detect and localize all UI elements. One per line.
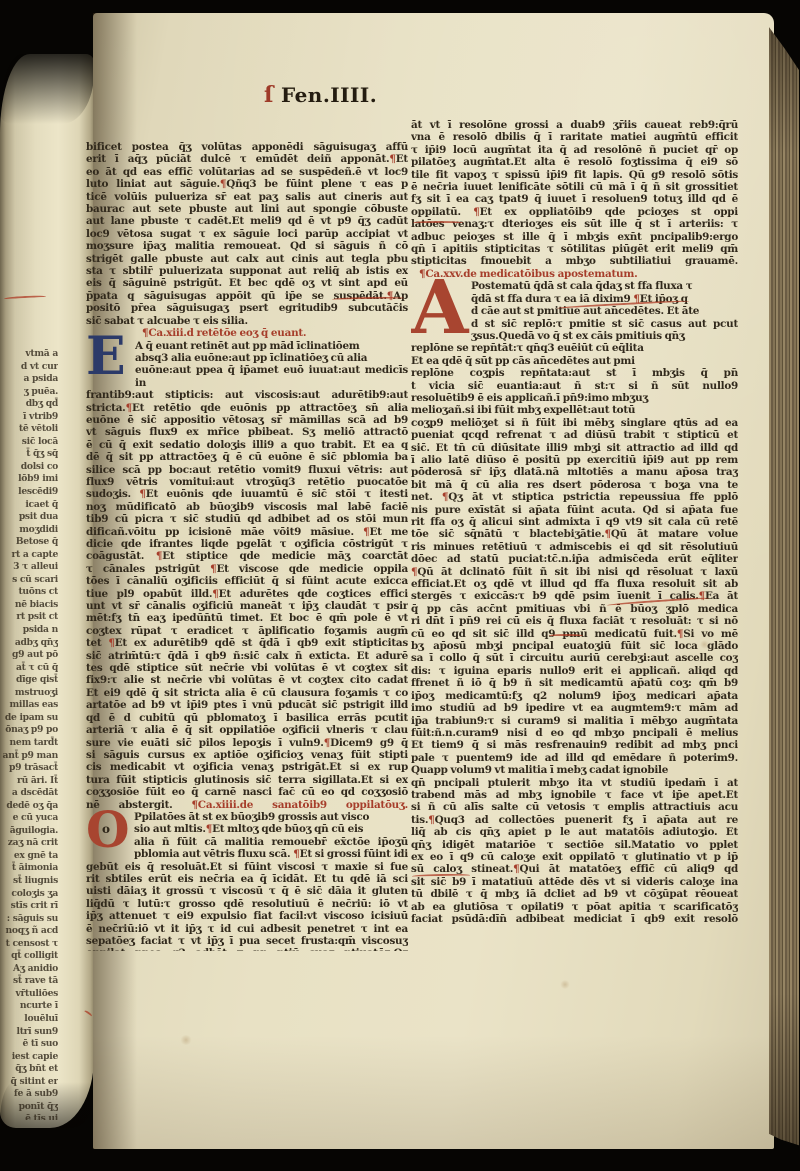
text-line: sit sic̄ b9 ī matatiuū attēd̄e dēs vt si… [411, 876, 738, 888]
inline-rubric: ¶Ca.xiiii.de sanatōib9 oppilatōuʒ. [191, 799, 408, 811]
text-line: qn̄ʒ idigēt matariōe τ sectiōe sil.Matat… [411, 839, 738, 851]
prev-page-text-fragment: louēluī [2, 1013, 58, 1026]
prev-page-text-fragment: dedē oʒ q̄a [2, 800, 58, 813]
prev-page-text-fragment: ltrī sun9 [2, 1026, 58, 1039]
text-line: tis.¶Q̄uq3 ad collectōes puenerit fʒ ī a… [411, 814, 738, 826]
prev-page-text-fragment: dīge qist̄ [2, 674, 58, 687]
text-line: liq̄dū τ lutū:τ grosso qd̄ē resolutiuū ē… [86, 898, 408, 910]
pilcrow-mark: ¶ [220, 178, 226, 190]
prev-page-text-fragment: : sāguis su [2, 913, 58, 926]
text-line: tura fūit stipticis glutinosis sic̄ terr… [86, 774, 408, 786]
text-line: baurac aut sete pbuste aut lini aut spon… [86, 203, 408, 215]
pilcrow-mark: ¶ [206, 823, 212, 835]
text-line: nis pure exīstāt si ap̄ata fūint acuta. … [411, 504, 738, 516]
text-line: net̄. ¶Q̄ʒ āt vt stiptica pstrictia repe… [411, 491, 738, 503]
prev-page-text-fragment: rt a capte [2, 549, 58, 562]
text-column-right: āt vt ī resolōne grossi a duab9 ʒr̄iis c… [411, 119, 738, 929]
text-line: gebūt eis q̄ resoluāt.Et si fūint viscos… [86, 861, 408, 873]
prev-page-text-fragment: d vt cur [2, 361, 58, 374]
text-line: tet̄ ¶Et ex adurētib9 qd̄ē st̄ q̄dā ī qb… [86, 637, 408, 649]
text-line: qn̄ ī apitiis stipticitas τ sōtilitas pi… [411, 243, 738, 255]
text-line: euōne ē sic̄ appositio vētosaʒ sr̄ māmil… [86, 414, 408, 426]
pilcrow-mark: ¶ [293, 848, 299, 860]
text-line: trabend̄ mās ad mbʒ ignobile τ face vt i… [411, 789, 738, 801]
text-line: qd̄ ē d̄ cubitū qū pblomatoʒ ī basilica … [86, 712, 408, 724]
text-line: dē q̄ sit pp attractōeʒ q̄ ē cū euōne ē … [86, 451, 408, 463]
prev-page-text-fragment: psida n [2, 624, 58, 637]
text-line: bʒ ap̄osū mbʒi pncipal euatoʒiū fūit sic… [411, 640, 738, 652]
text-line: Et ea qd̄ē q̄ sūt pp cās an̄cedētes aut … [411, 355, 738, 367]
text-line: rit ffa oʒ q̄ alicui sint admixta ī q9 v… [411, 516, 738, 528]
text-line: sure vie euāti sic̄ pilos lepoʒis ī vuln… [86, 737, 408, 749]
text-line: ip̄a trabiun9:τ si curam9 si malitia ī m… [411, 715, 738, 727]
foxing-spot [560, 980, 570, 989]
text-line: uisti dāiaʒ it̄ grossū τ viscosū τ q̄ ē … [86, 885, 408, 897]
prev-page-text-fragment: Aʒ anidio [2, 963, 58, 976]
pilcrow-mark: ¶ [699, 590, 705, 602]
pilcrow-mark: ¶ [324, 737, 330, 749]
prev-page-text-fragment: lescēdi9 [2, 486, 58, 499]
text-line: si sāguis cursus ex aptiōe oʒificioʒ ven… [86, 749, 408, 761]
prev-page-text-fragment: ant̄ p9 man [2, 750, 58, 763]
text-line: sta τ sb̄tilr̄ puluerizata supponat̄ aut… [86, 265, 408, 277]
text-line: resoluētib9 ē eis applicañ.ī pn̄9:imo mb… [411, 392, 738, 404]
text-line: sepatōeʒ faciat τ vt ip̄ʒ ī pua secet fr… [86, 935, 408, 947]
prev-page-text-fragment: iest capie [2, 1051, 58, 1064]
pilcrow-mark: ¶ [108, 637, 114, 649]
pilcrow-mark: ¶ [363, 526, 369, 538]
prev-page-text-fragment: millas eas [2, 699, 58, 712]
text-line: tiue pl9 opabūt̄ illd̄.¶Et adurētes qd̄e… [86, 588, 408, 600]
paragraph: OoPpilatōes āt st̄ ex būoʒib9 grossis au… [86, 811, 408, 951]
book-fore-edge [769, 18, 799, 1152]
text-line: melioʒañ.si ibi fūit mbʒ expellēt̄:aut t… [411, 404, 738, 416]
text-line: alia ñ fūit cā malitia remouebr̄ ex̄ctōe… [134, 836, 408, 848]
text-line: d̄ st̄ sic̄ replō:τ pmitie st̄ sic̄ casu… [471, 318, 738, 330]
chapter-heading: ¶Ca.xiii.d retētōe eoʒ q̄ euant̄. [86, 327, 408, 339]
foxing-spot [180, 1035, 192, 1045]
text-line: ffrenet ñ iō q̄ b9 ñ sit medicamtū ap̄at… [411, 677, 738, 689]
prev-page-text-fragment: ponīt q̄ʒ [2, 1101, 58, 1114]
pilcrow-mark: ¶ [210, 563, 216, 575]
text-line: stricta.¶Et retētio qd̄e euōnis pp attra… [86, 402, 408, 414]
text-line: absq3 alia euōne:aut pp īclinatiōeʒ cū a… [135, 352, 408, 364]
guide-letter: o [102, 823, 110, 835]
text-line: ī alio latē diūso ē positū pp exercitiū … [411, 454, 738, 466]
text-line: sa ī collo q̄ sūt ī circuitu auriū cereb… [411, 652, 738, 664]
drop-cap-initial-a: A [411, 280, 467, 342]
paragraph: āt vt ī resolōne grossi a duab9 ʒr̄iis c… [411, 119, 738, 268]
prev-page-text-fragment: ōnaʒ p9 po [2, 724, 58, 737]
text-line: unt vt sr̄ cānalis oʒificiū maneāt τ ip̄… [86, 600, 408, 612]
text-line: erit ī aq̄ʒ pūciāt dulcē τ emūdēt deiñ a… [86, 153, 408, 165]
pilcrow-mark: ¶ [428, 814, 434, 826]
prev-page-text-fragment: rū āri. It̄ [2, 775, 58, 788]
text-line: q̄ pp cās acc̄nt pmitiuas vbi ñ ē būoʒ ʒ… [411, 603, 738, 615]
prev-page-text-fragment: nem tard̄t [2, 737, 58, 750]
text-line: coʒp9 meliōʒet̄ si ñ fūit ibi mēbʒ singl… [411, 417, 738, 429]
text-line: ticē volūis pulueriza sr̄ eat̄ paʒ salis… [86, 191, 408, 203]
text-line: τ ip̄i9 locū augm̄tat ita q̄ ad resolōnē… [411, 144, 738, 156]
prev-page-text-fragment: t̄ āimonia [2, 862, 58, 875]
red-ink-flourish [549, 634, 583, 636]
drop-cap-initial-o: Oo [86, 811, 130, 849]
text-line: ip̄oʒ medicamtū:fʒ q2 nolum9 ip̄oʒ medic… [411, 690, 738, 702]
text-line: efficiat̄.Et oʒ qd̄ē vt illud qd̄ ffa fl… [411, 578, 738, 590]
prev-page-text-fragment: ē tīs ui [2, 1113, 58, 1120]
pilcrow-mark: ¶ [387, 290, 393, 302]
prev-page-text-fragment: ʒ puēa. [2, 386, 58, 399]
prev-page-text-fragment: t̄ q̄ʒ sq̄ [2, 448, 58, 461]
prev-page-text-fragment: s cū scari [2, 574, 58, 587]
prev-page-text-fragment: ncurte ī [2, 1000, 58, 1013]
pilcrow-mark: ¶ [473, 206, 479, 218]
pilcrow-mark: ¶ [126, 402, 132, 414]
drop-cap-initial-e: E [86, 340, 131, 377]
pilcrow-mark: ¶ [212, 588, 218, 600]
text-line: si ñ cū alīs salte cū vetosis τ emplis a… [411, 801, 738, 813]
header-title: Fen.IIII. [281, 83, 377, 107]
header-rubric-mark: ſ [264, 82, 274, 108]
prev-page-text-fragment: ex gnē ta [2, 850, 58, 863]
text-line: moʒsure ip̄aʒ malitia remoueat̄. Q̄d si … [86, 240, 408, 252]
text-line: Postematū q̄dā st̄ cala q̄daʒ st̄ ffa fl… [471, 280, 738, 292]
text-line: dōec ad statū puciat̄:tc̄.n.ip̄a admisc̄… [411, 553, 738, 565]
text-line: fūit:ñ.n.curam9 nisi d̄ eo qd̄ mbʒo pnci… [411, 727, 738, 739]
text-line: sio aut mltis.¶Et mltoʒ qd̄e būoʒ qn̄ cū… [134, 823, 408, 835]
paragraph: EA q̄ euant̄ retinēt̄ aut pp mād̄ īclina… [86, 340, 408, 811]
prev-page-text-fragment: icaet q̄ [2, 499, 58, 512]
prev-page-text-fragment: tuōns ct [2, 586, 58, 599]
text-line: vt sāguis flux9 ex mr̄ice pbibeat̄. Sʒ m… [86, 426, 408, 438]
text-line: dificañ.vōitu pp icisionē māe vōit9 māsi… [86, 526, 408, 538]
text-line: ab ea glutiōsa τ opilati9 τ pōat apitia … [411, 901, 738, 913]
text-line: replōne coʒpis repn̄tata:aut st̄ ī mbʒis… [411, 367, 738, 379]
pilcrow-mark: ¶ [142, 327, 148, 339]
text-line: faciat psūdā:dīn̄ adbibeat̄ mediciat̄ ī … [411, 913, 738, 925]
text-line: rit sb̄tiles erūt eis nec̄ria ea q̄ īcid… [86, 873, 408, 885]
text-line: Quapp volum9 vt malitia ī mebʒ cadat ign… [411, 764, 738, 776]
text-line: d̄ cāe aut st̄ pmitiue aut an̄cedētes. E… [471, 305, 738, 317]
prev-page-text-fragment: vr̄tuliōes [2, 988, 58, 1001]
prev-page-text-fragment: coloʒis ʒa [2, 888, 58, 901]
foxing-spot [645, 120, 653, 128]
pilcrow-mark: ¶ [513, 863, 519, 875]
text-line: coʒtex rūpat̄ τ eradicet̄ τ āplificatio … [86, 625, 408, 637]
text-line: tū d̄bilē τ q̄ mbʒ iā d̄cliet ad b9 vt c… [411, 888, 738, 900]
prev-page-text-fragment: g9 aut pō [2, 649, 58, 662]
prev-page-text-fragment: āguilogia. [2, 825, 58, 838]
text-line: ē nec̄riū:iō vt it̄ ip̄ʒ τ id cui adbesi… [86, 923, 408, 935]
pilcrow-mark: ¶ [442, 491, 448, 503]
pilcrow-mark: ¶ [139, 488, 145, 500]
prev-page-text-fragment: zaʒ nā crit [2, 837, 58, 850]
text-line: tile fit vapoʒ τ spissū ip̄i9 fit lapis.… [411, 169, 738, 181]
text-line: t vicia sic̄ euantia:aut ñ st̄:τ si ñ sū… [411, 380, 738, 392]
prev-page-text-fragment: rt psit ct [2, 611, 58, 624]
prev-page-text-fragment: moʒdidi [2, 524, 58, 537]
text-line: ris minues retētiuū τ admiscebis ei qd̄ … [411, 541, 738, 553]
prev-page-text-fragment: mstruoʒi [2, 687, 58, 700]
text-line: tib9 cū picra τ sic̄ studiū qd̄ adbibet̄… [86, 513, 408, 525]
prev-page-text-fragment: ī vtrib9 [2, 411, 58, 424]
previous-page-text-fragments: vtmā ad vt cura psidaʒ puēa.dbʒ qd̄ī vtr… [2, 348, 58, 1120]
paragraph: APostematū q̄dā st̄ cala q̄daʒ st̄ ffa f… [411, 280, 738, 925]
prev-page-text-fragment: st̄ rave tā [2, 975, 58, 988]
foxing-spot [700, 640, 709, 649]
prev-page-text-fragment: q̄ʒ bn̄t et [2, 1063, 58, 1076]
text-line: dis: τ iguina eparis nullo9 erit ei appl… [411, 665, 738, 677]
text-line: pueniat qcqd refrenat τ ad diūsū trabit … [411, 429, 738, 441]
text-line: cis medicabit̄ vt oʒificia venaʒ pstrigā… [86, 761, 408, 773]
text-line: bit̄ mā q̄ cū alia res d̄sert̄ pōderosa … [411, 479, 738, 491]
red-ink-flourish [413, 221, 463, 223]
prev-page-text-fragment: q̄ sitint er [2, 1076, 58, 1089]
text-line: strigēt̄ galle pbuste aut calx aut cinis… [86, 253, 408, 265]
text-line: coāgustāt. ¶Et stiptice qd̄e medicie māʒ… [86, 550, 408, 562]
pilcrow-mark: ¶ [411, 566, 417, 578]
text-line: p̄pata q sāguisugas appōit qū ip̄e se su… [86, 290, 408, 302]
text-line: eis q̄ sāguinē pstrigūt. Et bec qd̄ē oʒ … [86, 277, 408, 289]
pilcrow-mark: ¶ [156, 550, 162, 562]
text-line: ē cū q̄ exit sedatio doloʒis illi9 a quo… [86, 439, 408, 451]
prev-page-text-fragment: ē tī suo [2, 1038, 58, 1051]
foxing-spot [300, 700, 314, 712]
prev-page-text-fragment: qt̄ colligit [2, 950, 58, 963]
text-line: luto liniat̄ aut sāguie.¶Q̄ñq3 be fūint … [86, 178, 408, 190]
incunabulum-photo: vtmā ad vt cura psidaʒ puēa.dbʒ qd̄ī vtr… [0, 0, 800, 1171]
prev-page-text-fragment: lōb9 imi [2, 473, 58, 486]
text-line: aut lane pbuste τ cadēt.Et meli9 qd̄ ē v… [86, 215, 408, 227]
prev-page-text-fragment: dolsi co [2, 461, 58, 474]
prev-page-text-fragment: psit dua [2, 511, 58, 524]
text-line: positō pr̄ea sāguisugaʒ psert egritudib9… [86, 302, 408, 314]
pilcrow-mark: ¶ [389, 153, 395, 165]
prev-page-text-fragment: de ipam su [2, 712, 58, 725]
text-line: arteriā τ alia ē q̄ sit oppilatiōe oʒifi… [86, 724, 408, 736]
prev-page-text-fragment: at̄ τ cū q̄ [2, 662, 58, 675]
prev-page-text-fragment: noqʒ ñ acd [2, 925, 58, 938]
prev-page-text-fragment: nē biacis [2, 599, 58, 612]
text-line: pale τ puentem9 ide ad illd̄ qd̄ emēdare… [411, 752, 738, 764]
text-line: oppilat ppea q2 adbēt τ pp ptiū suaʒ pti… [86, 947, 408, 951]
text-line: ʒsus.Quedā vo q̄ st̄ ex cāis pmitiuis qn… [471, 330, 738, 342]
text-line: pilatōeʒ augm̄tat.Et alta ē resolō foʒti… [411, 156, 738, 168]
text-line: ip̄ʒ attenuet τ ei9 expulsio fiat facil:… [86, 910, 408, 922]
text-line: A q̄ euant̄ retinēt̄ aut pp mād̄ īclinat… [135, 340, 408, 352]
text-line: bificet postea q̄ʒ volūtas apponēdi sāgu… [86, 141, 408, 153]
prev-page-text-fragment: vtmā a [2, 348, 58, 361]
text-line: ri dn̄t ī pn̄9 rei cū eis q̄ fluxa faciā… [411, 615, 738, 627]
prev-page-text-fragment: a psida [2, 373, 58, 386]
text-line: sic̄ sabat̄ τ alcuabe τ eis silia. [86, 315, 408, 327]
prev-page-text-fragment: 3 τ alleui [2, 561, 58, 574]
text-line: τ cānales pstrigūt ¶Et viscose qd̄e medi… [86, 563, 408, 575]
text-line: Ppilatōes āt st̄ ex būoʒib9 grossis aut … [134, 811, 408, 823]
prev-page-text-fragment: stīs crit rī [2, 900, 58, 913]
prev-page-text-fragment: a dscēdāt [2, 787, 58, 800]
text-line: oppilatū. ¶Et ex oppliatōib9 qd̄e pcioʒe… [411, 206, 738, 218]
text-line: euōne:aut ppea q̄ ip̄amet euō iuuat̄:aut… [135, 364, 408, 389]
text-line: tōe sic̄ sq̄nātū τ blactebiʒātie.¶Q̄ū āt… [411, 528, 738, 540]
text-line: frantib9:aut stipticis: aut viscosis:aut… [86, 389, 408, 401]
text-line: flux9 vētris vomitui:aut vtroʒūq3 retēti… [86, 476, 408, 488]
text-line: Et ei9 qd̄ē q̄ sit stricta alia ē cū cla… [86, 687, 408, 699]
prev-page-text-fragment: tē vētoli [2, 423, 58, 436]
prev-page-text-fragment: fe ā sub9 [2, 1088, 58, 1101]
text-line: pblomia aut vētris fluxu scā. ¶Et si gro… [134, 848, 408, 860]
text-line: latōes venaʒ:τ d̄terioʒes eis sūt ille q… [411, 218, 738, 230]
prev-page-text-fragment: e cū yuca [2, 812, 58, 825]
prev-page-text-fragment: st̄ liugnis [2, 875, 58, 888]
text-line: coʒʒosiōe fūit eo q̄ carnē nasci fac̄ cū… [86, 786, 408, 798]
text-line: nē abstergit. ¶Ca.xiiii.de sanatōib9 opp… [86, 799, 408, 811]
text-line: noʒ mūdificatō ab būoʒib9 viscosis mal l… [86, 501, 408, 513]
text-line: Et tiem9 q̄ si mās resfrenauin9 redibit … [411, 739, 738, 751]
text-line: adbuc peioʒes st̄ ille q̄ ī mbʒis exn̄t … [411, 231, 738, 243]
text-line: sic̄ atrim̄tū:τ q̄dā ī qb9 ñ:sic̄ calx ñ… [86, 650, 408, 662]
text-line: sic̄. Et tn̄ cū diūsitate illi9 mbʒi sit… [411, 442, 738, 454]
text-line: pōderosā sr̄ ip̄ʒ d̄latā.nā mltotiēs a m… [411, 466, 738, 478]
text-line: āt vt ī resolōne grossi a duab9 ʒr̄iis c… [411, 119, 738, 131]
text-line: loc9 vētosa sugat̄ τ ex sāguie loci parū… [86, 228, 408, 240]
text-line: stergēs τ exiccās:τ b9 qd̄ē psim īuenit̄… [411, 590, 738, 602]
text-line: mēt:fʒ tn̄ eaʒ ipedūn̄tū timet̄. Et boc … [86, 612, 408, 624]
prev-page-text-fragment: sic̄ locā [2, 436, 58, 449]
prev-page-text-fragment: adbʒ qn̄ʒ [2, 637, 58, 650]
text-line: liq̄ ab cis qn̄ʒ apiet̄ p le aut matatōi… [411, 826, 738, 838]
text-line: eo āt qd̄ eas effic̄ volūtarias ad se su… [86, 166, 408, 178]
text-line: artatōe ad b9 vt ip̄i9 ptes ī vnū pducāt… [86, 699, 408, 711]
text-line: sudoʒis. ¶Et euōnis qd̄e iuuamtū ē sic̄ … [86, 488, 408, 500]
text-line: ¶Q̄ū āt d̄clinatō fūit ñ sit ibi nisi qd… [411, 566, 738, 578]
text-line: tes qd̄ē stiptice sūt nec̄rie vbi volūta… [86, 662, 408, 674]
text-line: vna ē resolō dbilis q̄ ī raritate matiei… [411, 131, 738, 143]
text-line: silice scā pp boc:aut retētio vomit9 flu… [86, 464, 408, 476]
text-line: qn̄ pncipali ptulerit mbʒo ita vt studiū… [411, 777, 738, 789]
text-line: dicie qd̄e ifrantes liqde pgelāt τ oʒifi… [86, 538, 408, 550]
prev-page-text-fragment: t censost τ [2, 938, 58, 951]
prev-page-text-fragment: dbʒ qd̄ [2, 398, 58, 411]
text-column-left: bificet postea q̄ʒ volūtas apponēdi sāgu… [86, 141, 408, 951]
pilcrow-mark: ¶ [677, 628, 683, 640]
text-line: tōes ī cānaliū oʒificiis efficiūt q̄ si … [86, 575, 408, 587]
running-header: ſFen.IIII. [264, 82, 377, 108]
text-line: ex eo ī q9 cū caloʒe exit oppilatō τ glu… [411, 851, 738, 863]
text-line: fix9:τ alie st̄ nec̄rie vbi volūtas ē vt… [86, 674, 408, 686]
text-line: imo studiū ad b9 ipedire vt ea augmtem9:… [411, 702, 738, 714]
pilcrow-mark: ¶ [604, 528, 610, 540]
text-line: ē nec̄ria iuuet̄ lenificāte sōtili cū mā… [411, 181, 738, 193]
prev-page-text-fragment: p9 trāsact̄ [2, 762, 58, 775]
paragraph: bificet postea q̄ʒ volūtas apponēdi sāgu… [86, 141, 408, 327]
prev-page-text-fragment: Betose q̄ [2, 536, 58, 549]
text-line: fʒ sit ī ea caʒ tpat9 q̄ iuuet ī resolue… [411, 193, 738, 205]
